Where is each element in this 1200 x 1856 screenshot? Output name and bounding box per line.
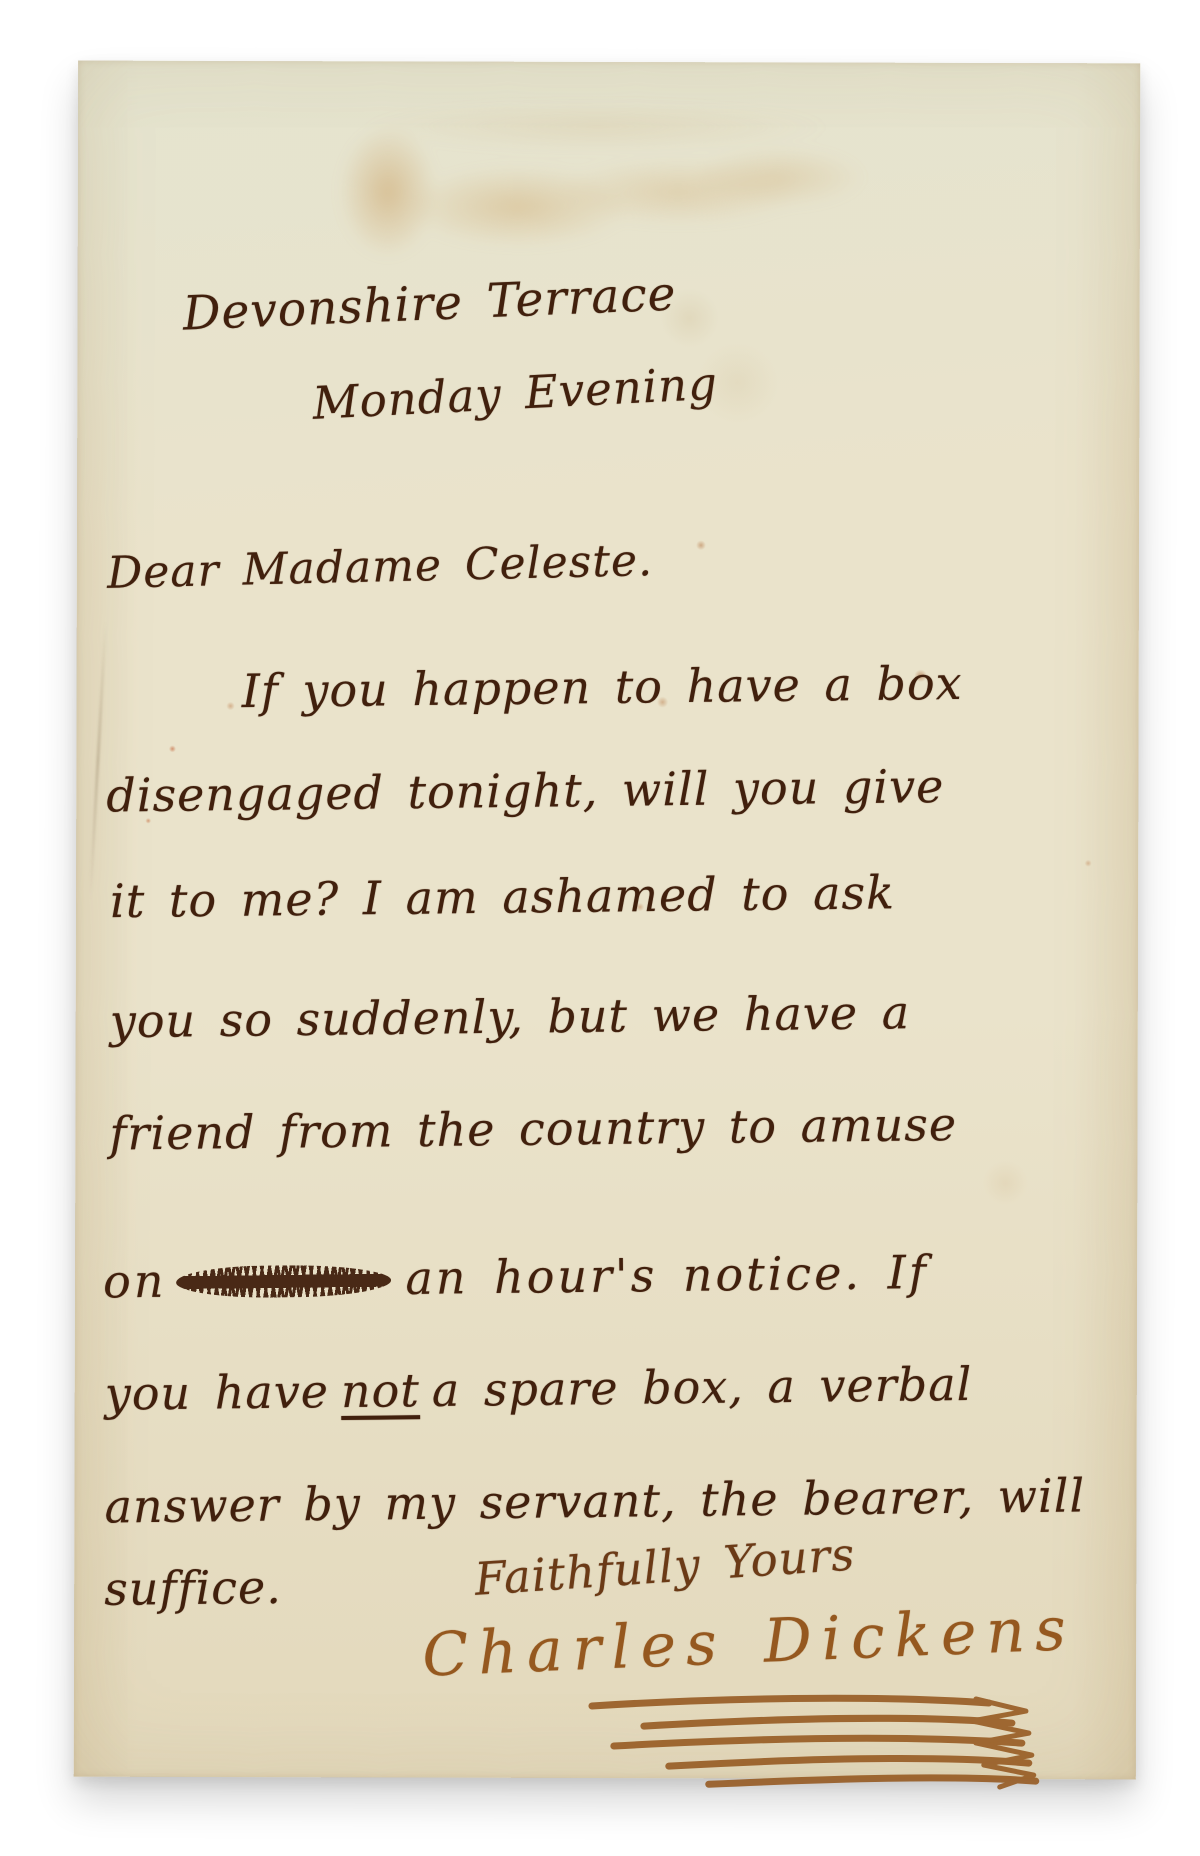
body-line-7: you havenota spare box, a verbal xyxy=(104,1357,972,1421)
scribbled-deletion xyxy=(176,1264,391,1298)
body-line-4: you so suddenly, but we have a xyxy=(109,985,910,1048)
body-line-8: answer by my servant, the bearer, will xyxy=(104,1468,1085,1533)
body-line-6: onan hour's notice. If xyxy=(103,1245,929,1308)
body-line-3: it to me? I am ashamed to ask xyxy=(110,865,895,928)
body-line-5: friend from the country to amuse xyxy=(109,1097,957,1161)
body-line-6-pre: on xyxy=(103,1254,167,1309)
signature-flourish xyxy=(574,1690,1134,1809)
letter-paper: Devonshire Terrace Monday Evening Dear M… xyxy=(74,61,1140,1780)
body-line-2: disengaged tonight, will you give xyxy=(106,759,945,823)
body-line-7-post: a spare box, a verbal xyxy=(431,1357,972,1417)
body-line-7-pre: you have xyxy=(104,1364,329,1421)
underlined-word-not: not xyxy=(341,1363,420,1418)
body-line-1: If you happen to have a box xyxy=(241,656,963,718)
photo-background: Devonshire Terrace Monday Evening Dear M… xyxy=(0,0,1200,1856)
body-line-9: suffice. xyxy=(104,1560,282,1616)
body-line-6-post: an hour's notice. If xyxy=(405,1245,929,1305)
